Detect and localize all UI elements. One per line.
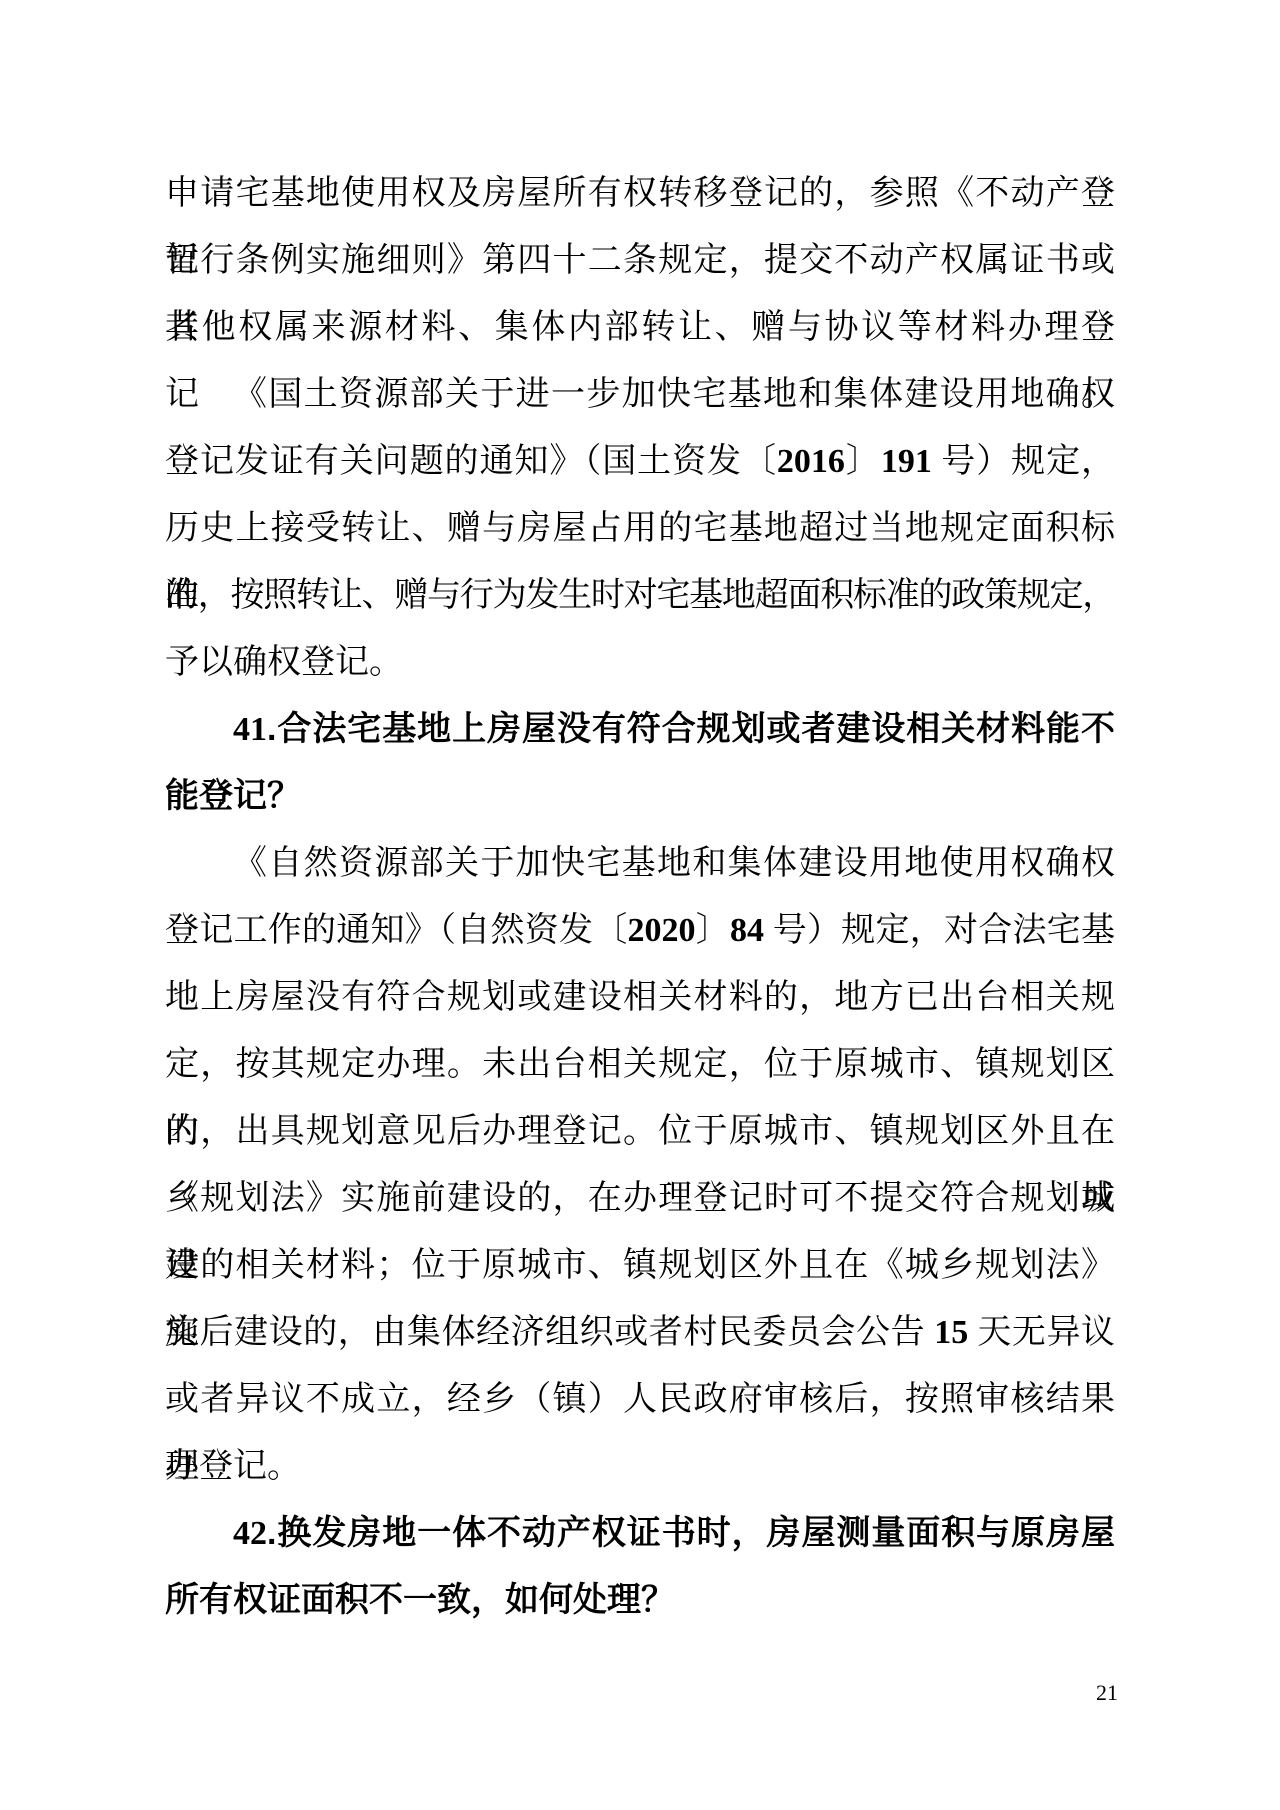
body-line: 暂行条例实施细则》第四十二条规定，提交不动产权属证书或者 [165,227,1115,294]
document-body: 申请宅基地使用权及房屋所有权转移登记的，参照《不动产登记 暂行条例实施细则》第四… [165,160,1115,1634]
body-line: 登记工作的通知》（自然资发〔2020〕84 号）规定，对合法宅基 [165,897,1115,964]
body-line: 其他权属来源材料、集体内部转让、赠与协议等材料办理登记。 [165,294,1115,361]
body-line: 《自然资源部关于加快宅基地和集体建设用地使用权确权 [165,830,1115,897]
body-line: 予以确权登记。 [165,629,1115,696]
question-42-heading: 所有权证面积不一致，如何处理？ [165,1567,1115,1634]
body-line: 设的相关材料；位于原城市、镇规划区外且在《城乡规划法》实 [165,1232,1115,1299]
page-number: 21 [1085,1678,1129,1708]
body-line: 乡规划法》实施前建设的，在办理登记时可不提交符合规划或建 [165,1165,1115,1232]
body-line: 定，按其规定办理。未出台相关规定，位于原城市、镇规划区内 [165,1031,1115,1098]
body-line: 登记发证有关问题的通知》（国土资发〔2016〕191 号）规定， [165,428,1115,495]
question-42-heading: 42.换发房地一体不动产权证书时，房屋测量面积与原房屋 [165,1500,1115,1567]
body-line: 申请宅基地使用权及房屋所有权转移登记的，参照《不动产登记 [165,160,1115,227]
body-line: 历史上接受转让、赠与房屋占用的宅基地超过当地规定面积标准 [165,495,1115,562]
body-line: 理登记。 [165,1433,1115,1500]
body-line: 施后建设的，由集体经济组织或者村民委员会公告 15 天无异议 [165,1299,1115,1366]
body-line: 的，按照转让、赠与行为发生时对宅基地超面积标准的政策规定， [165,562,1115,629]
body-line: 地上房屋没有符合规划或建设相关材料的，地方已出台相关规 [165,964,1115,1031]
question-41-heading: 41.合法宅基地上房屋没有符合规划或者建设相关材料能不 [165,696,1115,763]
body-line: 的，出具规划意见后办理登记。位于原城市、镇规划区外且在《城 [165,1098,1115,1165]
document-page: 申请宅基地使用权及房屋所有权转移登记的，参照《不动产登记 暂行条例实施细则》第四… [0,0,1280,1810]
question-41-heading: 能登记？ [165,763,1115,830]
body-line: 《国土资源部关于进一步加快宅基地和集体建设用地确权 [165,361,1115,428]
body-line: 或者异议不成立，经乡（镇）人民政府审核后，按照审核结果办 [165,1366,1115,1433]
